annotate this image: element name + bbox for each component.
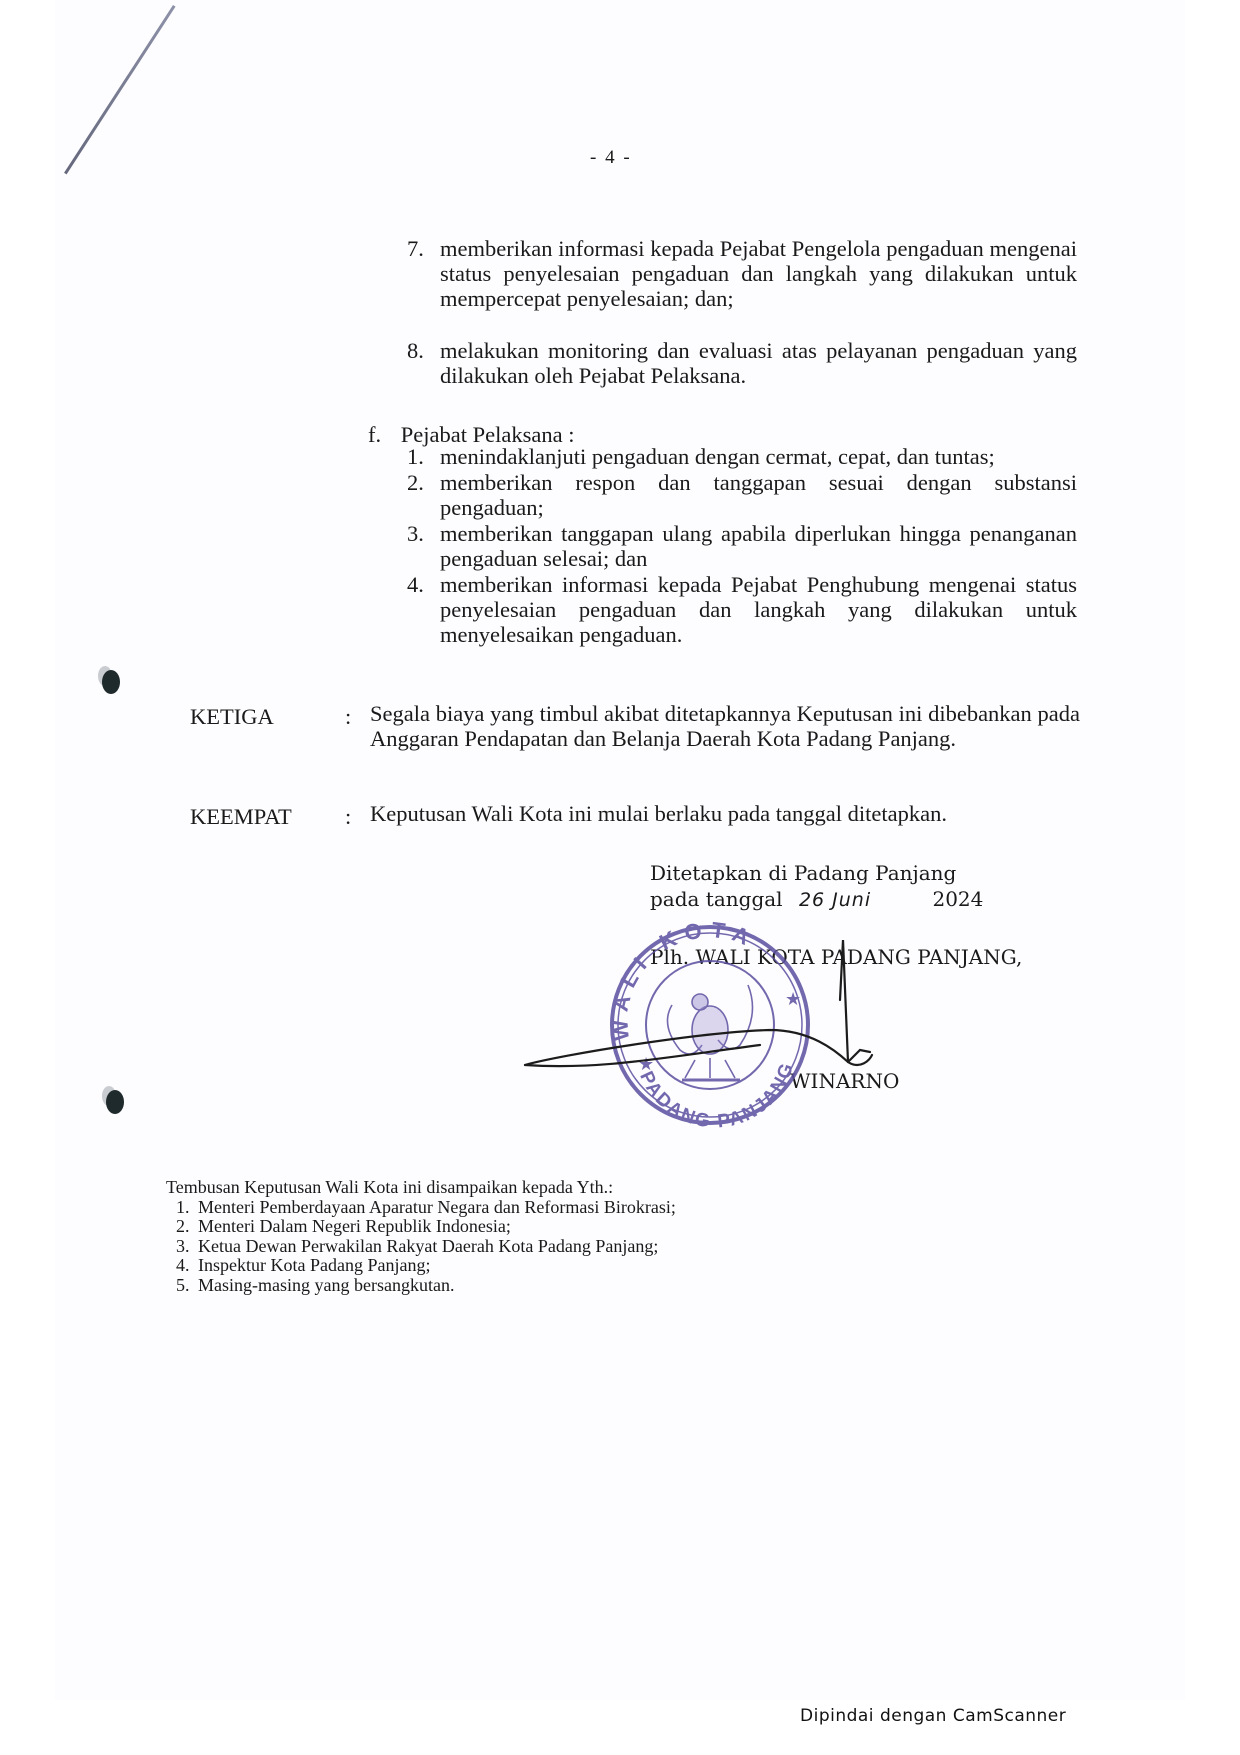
item-text: Menteri Dalam Negeri Republik Indonesia; — [198, 1216, 511, 1236]
item-number: 5. — [176, 1276, 198, 1296]
list-item: 3.Ketua Dewan Perwakilan Rakyat Daerah K… — [166, 1237, 676, 1257]
item-number: 4. — [176, 1256, 198, 1276]
star-icon: ★ — [785, 989, 801, 1009]
stamp-top-text: WALI KOTA — [607, 917, 761, 1042]
official-stamp: WALI KOTA PADANG PANJANG ★ ★ — [607, 917, 808, 1133]
stamp-bottom-text: PADANG PANJANG — [635, 1059, 798, 1132]
stamp-and-signature: WALI KOTA PADANG PANJANG ★ ★ — [0, 0, 1240, 1755]
carbon-copy-section: Tembusan Keputusan Wali Kota ini disampa… — [166, 1178, 676, 1295]
item-number: 3. — [176, 1237, 198, 1257]
item-text: Masing-masing yang bersangkutan. — [198, 1275, 454, 1295]
item-text: Menteri Pemberdayaan Aparatur Negara dan… — [198, 1197, 676, 1217]
item-number: 2. — [176, 1217, 198, 1237]
star-icon: ★ — [638, 1054, 654, 1074]
camscanner-watermark: Dipindai dengan CamScanner — [800, 1706, 1066, 1726]
list-item: 2.Menteri Dalam Negeri Republik Indonesi… — [166, 1217, 676, 1237]
carbon-copy-intro: Tembusan Keputusan Wali Kota ini disampa… — [166, 1178, 676, 1198]
svg-text:WALI KOTA: WALI KOTA — [607, 917, 761, 1042]
list-item: 4.Inspektur Kota Padang Panjang; — [166, 1256, 676, 1276]
svg-text:PADANG PANJANG: PADANG PANJANG — [635, 1059, 798, 1132]
item-number: 1. — [176, 1198, 198, 1218]
list-item: 5.Masing-masing yang bersangkutan. — [166, 1276, 676, 1296]
item-text: Inspektur Kota Padang Panjang; — [198, 1255, 430, 1275]
carbon-copy-list: 1.Menteri Pemberdayaan Aparatur Negara d… — [166, 1198, 676, 1296]
list-item: 1.Menteri Pemberdayaan Aparatur Negara d… — [166, 1198, 676, 1218]
item-text: Ketua Dewan Perwakilan Rakyat Daerah Kot… — [198, 1236, 658, 1256]
